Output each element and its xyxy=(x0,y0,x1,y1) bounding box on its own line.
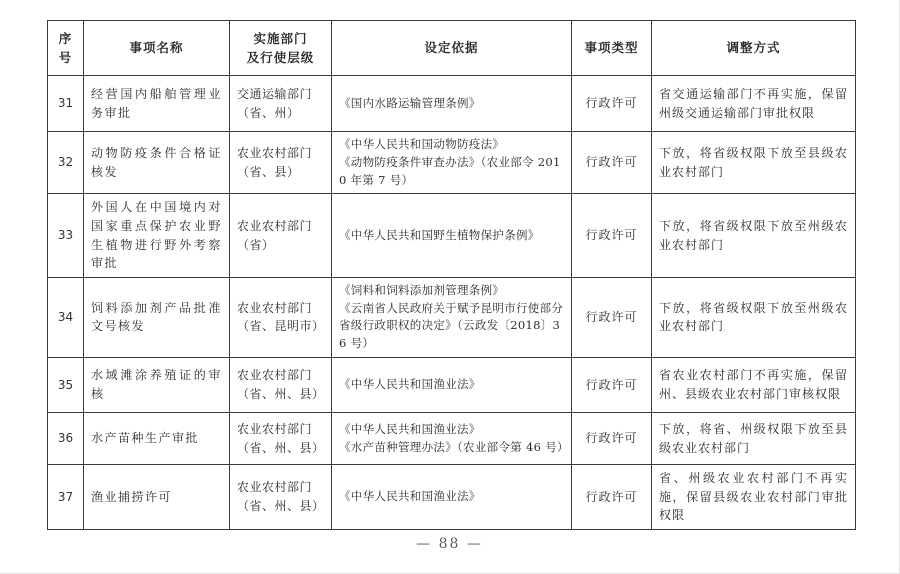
adjustment-cell: 省、州级农业农村部门不再实施，保留县级农业农村部门审批权限 xyxy=(652,465,856,530)
dept-line: 农业农村部门 xyxy=(237,299,324,318)
item-type-cell: 行政许可 xyxy=(572,358,652,413)
table-row: 34 饲料添加剂产品批准文号核发 农业农村部门 （省、昆明市） 《饲料和饲料添加… xyxy=(48,277,856,357)
dept-line: 农业农村部门 xyxy=(237,478,324,497)
basis-cell: 《中华人民共和国渔业法》 xyxy=(332,358,572,413)
header-implementing-dept: 实施部门 及行使层级 xyxy=(230,21,332,76)
serial-number-cell: 37 xyxy=(48,465,84,530)
item-name-cell: 动物防疫条件合格证核发 xyxy=(84,132,230,194)
dept-line: 交通运输部门 xyxy=(237,85,324,104)
serial-number-cell: 34 xyxy=(48,277,84,357)
table-row: 36 水产苗种生产审批 农业农村部门 （省、州、县） 《中华人民共和国渔业法》 … xyxy=(48,413,856,465)
table-row: 37 渔业捕捞许可 农业农村部门 （省、州、县） 《中华人民共和国渔业法》 行政… xyxy=(48,465,856,530)
dept-line: 农业农村部门 xyxy=(237,366,324,385)
item-type-cell: 行政许可 xyxy=(572,277,652,357)
header-item-name: 事项名称 xyxy=(84,21,230,76)
item-name-cell: 经营国内船舶管理业务审批 xyxy=(84,76,230,132)
header-dept-line2: 及行使层级 xyxy=(237,48,324,67)
basis-cell: 《中华人民共和国渔业法》 《水产苗种管理办法》（农业部令第 46 号） xyxy=(332,413,572,465)
dept-level-line: （省、州、县） xyxy=(237,439,324,458)
adjustment-cell: 下放，将省级权限下放至州级农业农村部门 xyxy=(652,277,856,357)
basis-cell: 《中华人民共和国动物防疫法》 《动物防疫条件审查办法》（农业部令 2010 年第… xyxy=(332,132,572,194)
basis-line: 《中华人民共和国渔业法》 xyxy=(339,376,564,394)
item-type-cell: 行政许可 xyxy=(572,465,652,530)
header-serial-line1: 序 xyxy=(55,29,76,48)
item-type-cell: 行政许可 xyxy=(572,132,652,194)
basis-line: 《云南省人民政府关于赋予昆明市行使部分省级行政职权的决定》（云政发〔2018〕3… xyxy=(339,300,564,353)
dept-level-line: （省、州） xyxy=(237,104,324,123)
document-table: 序 号 事项名称 实施部门 及行使层级 设定依据 事项类型 调整方式 31 经营… xyxy=(47,20,856,530)
dept-level-line: （省、州、县） xyxy=(237,497,324,516)
dept-line: 农业农村部门 xyxy=(237,217,324,236)
basis-line: 《中华人民共和国野生植物保护条例》 xyxy=(339,227,564,245)
dept-cell: 农业农村部门 （省、州、县） xyxy=(230,465,332,530)
basis-cell: 《饲料和饲料添加剂管理条例》 《云南省人民政府关于赋予昆明市行使部分省级行政职权… xyxy=(332,277,572,357)
basis-line: 《中华人民共和国渔业法》 xyxy=(339,421,564,439)
item-name-cell: 饲料添加剂产品批准文号核发 xyxy=(84,277,230,357)
header-serial-number: 序 号 xyxy=(48,21,84,76)
serial-number-cell: 36 xyxy=(48,413,84,465)
item-name-cell: 外国人在中国境内对国家重点保护农业野生植物进行野外考察审批 xyxy=(84,194,230,277)
dept-line: 农业农村部门 xyxy=(237,420,324,439)
item-name-cell: 水产苗种生产审批 xyxy=(84,413,230,465)
serial-number-cell: 33 xyxy=(48,194,84,277)
basis-cell: 《国内水路运输管理条例》 xyxy=(332,76,572,132)
item-type-cell: 行政许可 xyxy=(572,413,652,465)
basis-cell: 《中华人民共和国野生植物保护条例》 xyxy=(332,194,572,277)
header-serial-line2: 号 xyxy=(55,48,76,67)
dept-level-line: （省、州、县） xyxy=(237,385,324,404)
item-name-cell: 渔业捕捞许可 xyxy=(84,465,230,530)
dept-cell: 农业农村部门 （省、县） xyxy=(230,132,332,194)
dept-level-line: （省、县） xyxy=(237,163,324,182)
adjustment-cell: 下放，将省、州级权限下放至县级农业农村部门 xyxy=(652,413,856,465)
basis-cell: 《中华人民共和国渔业法》 xyxy=(332,465,572,530)
serial-number-cell: 32 xyxy=(48,132,84,194)
dept-cell: 交通运输部门 （省、州） xyxy=(230,76,332,132)
table-header-row: 序 号 事项名称 实施部门 及行使层级 设定依据 事项类型 调整方式 xyxy=(48,21,856,76)
dept-cell: 农业农村部门 （省、州、县） xyxy=(230,358,332,413)
basis-line: 《动物防疫条件审查办法》（农业部令 2010 年第 7 号） xyxy=(339,154,564,190)
table-row: 31 经营国内船舶管理业务审批 交通运输部门 （省、州） 《国内水路运输管理条例… xyxy=(48,76,856,132)
table-row: 32 动物防疫条件合格证核发 农业农村部门 （省、县） 《中华人民共和国动物防疫… xyxy=(48,132,856,194)
serial-number-cell: 31 xyxy=(48,76,84,132)
dept-level-line: （省、昆明市） xyxy=(237,317,324,336)
document-page: 序 号 事项名称 实施部门 及行使层级 设定依据 事项类型 调整方式 31 经营… xyxy=(0,0,900,574)
adjustment-cell: 下放，将省级权限下放至州级农业农村部门 xyxy=(652,194,856,277)
basis-line: 《中华人民共和国动物防疫法》 xyxy=(339,136,564,154)
header-dept-line1: 实施部门 xyxy=(237,29,324,48)
dept-cell: 农业农村部门 （省、昆明市） xyxy=(230,277,332,357)
dept-cell: 农业农村部门 （省） xyxy=(230,194,332,277)
basis-line: 《国内水路运输管理条例》 xyxy=(339,95,564,113)
table-row: 33 外国人在中国境内对国家重点保护农业野生植物进行野外考察审批 农业农村部门 … xyxy=(48,194,856,277)
basis-line: 《饲料和饲料添加剂管理条例》 xyxy=(339,282,564,300)
adjustment-cell: 下放，将省级权限下放至县级农业农村部门 xyxy=(652,132,856,194)
dept-level-line: （省） xyxy=(237,236,324,255)
item-type-cell: 行政许可 xyxy=(572,194,652,277)
header-adjustment-method: 调整方式 xyxy=(652,21,856,76)
item-name-cell: 水域滩涂养殖证的审核 xyxy=(84,358,230,413)
basis-line: 《中华人民共和国渔业法》 xyxy=(339,488,564,506)
header-item-type: 事项类型 xyxy=(572,21,652,76)
header-setting-basis: 设定依据 xyxy=(332,21,572,76)
adjustment-cell: 省交通运输部门不再实施，保留州级交通运输部门审批权限 xyxy=(652,76,856,132)
page-number: — 88 — xyxy=(0,536,899,552)
basis-line: 《水产苗种管理办法》（农业部令第 46 号） xyxy=(339,439,564,457)
serial-number-cell: 35 xyxy=(48,358,84,413)
table-row: 35 水域滩涂养殖证的审核 农业农村部门 （省、州、县） 《中华人民共和国渔业法… xyxy=(48,358,856,413)
dept-cell: 农业农村部门 （省、州、县） xyxy=(230,413,332,465)
adjustment-cell: 省农业农村部门不再实施，保留州、县级农业农村部门审核权限 xyxy=(652,358,856,413)
item-type-cell: 行政许可 xyxy=(572,76,652,132)
dept-line: 农业农村部门 xyxy=(237,144,324,163)
